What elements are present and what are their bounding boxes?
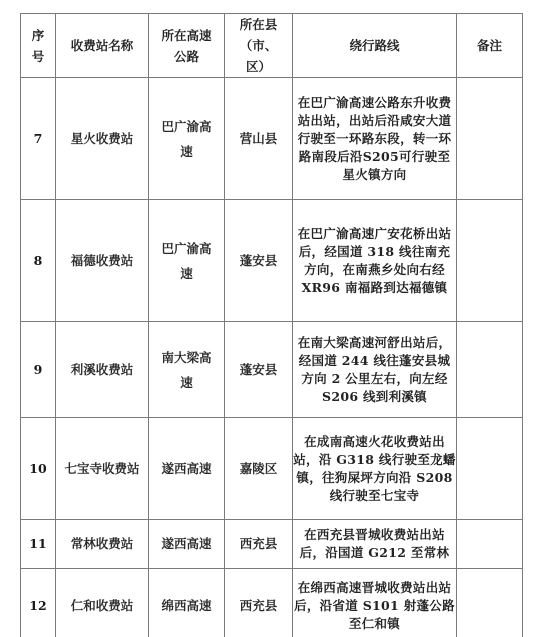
detour-route: 在西充县晋城收费站出站后，沿国道 G212 至常林 — [293, 520, 457, 569]
row-index: 7 — [21, 78, 56, 200]
row-index: 8 — [21, 200, 56, 322]
remark — [457, 520, 523, 569]
highway-name: 巴广渝高速 — [149, 200, 225, 322]
highway-name: 绵西高速 — [149, 569, 225, 637]
station-name: 星火收费站 — [56, 78, 149, 200]
remark — [457, 569, 523, 637]
row-index: 11 — [21, 520, 56, 569]
header-index: 序号 — [21, 14, 56, 78]
station-name: 福德收费站 — [56, 200, 149, 322]
county-name: 西充县 — [225, 569, 293, 637]
remark — [457, 200, 523, 322]
highway-name: 遂西高速 — [149, 418, 225, 520]
detour-route: 在巴广渝高速公路东升收费站出站，出站后沿咸安大道行驶至一环路东段，转一环路南段后… — [293, 78, 457, 200]
row-index: 9 — [21, 322, 56, 418]
station-name: 常林收费站 — [56, 520, 149, 569]
station-name: 七宝寺收费站 — [56, 418, 149, 520]
table-row: 11 常林收费站 遂西高速 西充县 在西充县晋城收费站出站后，沿国道 G212 … — [21, 520, 523, 569]
remark — [457, 322, 523, 418]
highway-name: 巴广渝高速 — [149, 78, 225, 200]
remark — [457, 418, 523, 520]
detour-route: 在绵西高速晋城收费站出站后，沿省道 S101 射蓬公路至仁和镇 — [293, 569, 457, 637]
table-row: 9 利溪收费站 南大梁高速 蓬安县 在南大梁高速河舒出站后，经国道 244 线往… — [21, 322, 523, 418]
header-remark: 备注 — [457, 14, 523, 78]
table-row: 10 七宝寺收费站 遂西高速 嘉陵区 在成南高速火花收费站出站，沿 G318 线… — [21, 418, 523, 520]
header-highway: 所在高速公路 — [149, 14, 225, 78]
detour-route: 在南大梁高速河舒出站后，经国道 244 线往蓬安县城方向 2 公里左右，向左经 … — [293, 322, 457, 418]
county-name: 蓬安县 — [225, 322, 293, 418]
toll-station-detour-table: 序号 收费站名称 所在高速公路 所在县（市、区） 绕行路线 备注 7 星火收费站… — [20, 13, 523, 637]
header-station: 收费站名称 — [56, 14, 149, 78]
header-route: 绕行路线 — [293, 14, 457, 78]
row-index: 10 — [21, 418, 56, 520]
highway-name: 遂西高速 — [149, 520, 225, 569]
station-name: 仁和收费站 — [56, 569, 149, 637]
highway-name: 南大梁高速 — [149, 322, 225, 418]
county-name: 嘉陵区 — [225, 418, 293, 520]
remark — [457, 78, 523, 200]
county-name: 西充县 — [225, 520, 293, 569]
county-name: 营山县 — [225, 78, 293, 200]
row-index: 12 — [21, 569, 56, 637]
header-county: 所在县（市、区） — [225, 14, 293, 78]
header-row: 序号 收费站名称 所在高速公路 所在县（市、区） 绕行路线 备注 — [21, 14, 523, 78]
detour-route: 在成南高速火花收费站出站，沿 G318 线行驶至龙蟠镇，往狗屎坪方向沿 S208… — [293, 418, 457, 520]
station-name: 利溪收费站 — [56, 322, 149, 418]
table-row: 12 仁和收费站 绵西高速 西充县 在绵西高速晋城收费站出站后，沿省道 S101… — [21, 569, 523, 637]
table-row: 7 星火收费站 巴广渝高速 营山县 在巴广渝高速公路东升收费站出站，出站后沿咸安… — [21, 78, 523, 200]
table-row: 8 福德收费站 巴广渝高速 蓬安县 在巴广渝高速广安花桥出站后，经国道 318 … — [21, 200, 523, 322]
detour-route: 在巴广渝高速广安花桥出站后，经国道 318 线往南充方向，在南燕乡处向右经 XR… — [293, 200, 457, 322]
county-name: 蓬安县 — [225, 200, 293, 322]
